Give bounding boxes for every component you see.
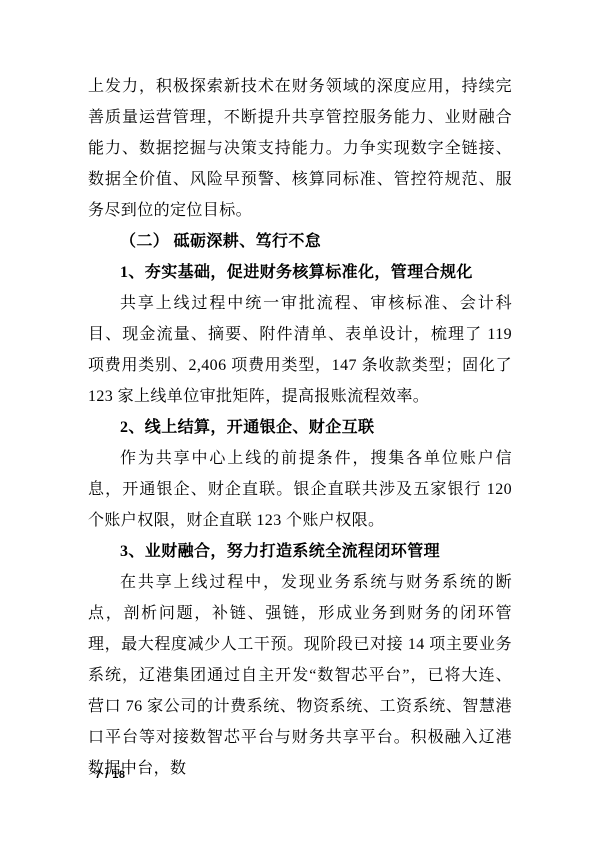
document-body: 上发力，积极探索新技术在财务领域的深度应用，持续完善质量运营管理，不断提升共享管… bbox=[88, 71, 512, 784]
subsection-heading-1: 1、夯实基础，促进财务核算标准化，管理合规化 bbox=[88, 257, 512, 288]
subsection-heading-3: 3、业财融合，努力打造系统全流程闭环管理 bbox=[88, 536, 512, 567]
paragraph-business-finance-integration: 在共享上线过程中，发现业务系统与财务系统的断点，剖析问题，补链、强链，形成业务到… bbox=[88, 567, 512, 784]
document-page: 上发力，积极探索新技术在财务领域的深度应用，持续完善质量运营管理，不断提升共享管… bbox=[0, 0, 600, 848]
subsection-heading-2: 2、线上结算，开通银企、财企互联 bbox=[88, 412, 512, 443]
page-number: 7 / 18 bbox=[95, 769, 126, 781]
paragraph-bank-enterprise-link: 作为共享中心上线的前提条件，搜集各单位账户信息，开通银企、财企直联。银企直联共涉… bbox=[88, 443, 512, 536]
section-heading-2: （二） 砥砺深耕、笃行不怠 bbox=[88, 226, 512, 257]
paragraph-accounting-standardization: 共享上线过程中统一审批流程、审核标准、会计科目、现金流量、摘要、附件清单、表单设… bbox=[88, 288, 512, 412]
paragraph-continuation: 上发力，积极探索新技术在财务领域的深度应用，持续完善质量运营管理，不断提升共享管… bbox=[88, 71, 512, 226]
